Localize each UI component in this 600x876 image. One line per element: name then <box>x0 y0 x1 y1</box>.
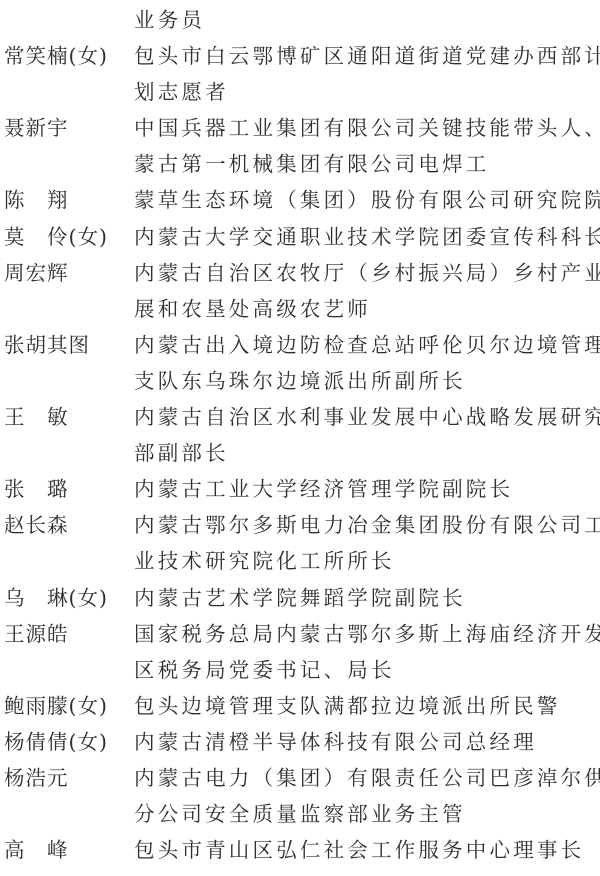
entry-row: 杨倩倩(女)内蒙古清橙半导体科技有限公司总经理 <box>0 724 600 760</box>
person-position: 中国兵器工业集团有限公司关键技能带头人、内 <box>134 110 600 146</box>
person-name: 周宏辉 <box>4 255 69 291</box>
person-name: 杨浩元 <box>4 760 69 796</box>
person-name: 赵长森 <box>4 507 69 543</box>
entry-continuation-row: 业技术研究院化工所所长 <box>0 543 600 579</box>
person-name: 王 敏 <box>4 399 69 435</box>
entry-row: 高 峰包头市青山区弘仁社会工作服务中心理事长 <box>0 832 600 868</box>
person-name: 张 璐 <box>4 471 69 507</box>
entry-row: 赵长森内蒙古鄂尔多斯电力冶金集团股份有限公司工 <box>0 507 600 543</box>
person-name: 乌 琳(女) <box>4 580 108 616</box>
entry-row: 陈 翔蒙草生态环境（集团）股份有限公司研究院院长 <box>0 182 600 218</box>
entry-continuation-row: 分公司安全质量监察部业务主管 <box>0 796 600 832</box>
person-position: 内蒙古电力（集团）有限责任公司巴彦淖尔供电 <box>134 760 600 796</box>
person-position: 包头市青山区弘仁社会工作服务中心理事长 <box>134 832 584 868</box>
entry-row: 莫 伶(女)内蒙古大学交通职业技术学院团委宣传科科长 <box>0 219 600 255</box>
person-name: 莫 伶(女) <box>4 219 108 255</box>
entry-row: 张 璐内蒙古工业大学经济管理学院副院长 <box>0 471 600 507</box>
person-name: 陈 翔 <box>4 182 69 218</box>
entry-row: 杨浩元内蒙古电力（集团）有限责任公司巴彦淖尔供电 <box>0 760 600 796</box>
entry-row: 鲍雨朦(女)包头边境管理支队满都拉边境派出所民警 <box>0 688 600 724</box>
entry-row: 张胡其图内蒙古出入境边防检查总站呼伦贝尔边境管理 <box>0 327 600 363</box>
entry-row: 聂新宇中国兵器工业集团有限公司关键技能带头人、内 <box>0 110 600 146</box>
person-name: 高 峰 <box>4 832 69 868</box>
entry-continuation-row: 部副部长 <box>0 435 600 471</box>
person-position: 部副部长 <box>134 435 229 471</box>
entry-continuation-row: 蒙古第一机械集团有限公司电焊工 <box>0 146 600 182</box>
person-position: 划志愿者 <box>134 74 229 110</box>
entry-continuation-row: 区税务局党委书记、局长 <box>0 652 600 688</box>
person-position: 内蒙古鄂尔多斯电力冶金集团股份有限公司工 <box>134 507 600 543</box>
person-name: 鲍雨朦(女) <box>4 688 108 724</box>
entry-continuation-row: 支队东乌珠尔边境派出所副所长 <box>0 363 600 399</box>
person-position: 内蒙古清橙半导体科技有限公司总经理 <box>134 724 537 760</box>
person-position: 内蒙古艺术学院舞蹈学院副院长 <box>134 580 466 616</box>
entry-row: 常笑楠(女)包头市白云鄂博矿区通阳道街道党建办西部计 <box>0 38 600 74</box>
entry-row: 乌 琳(女)内蒙古艺术学院舞蹈学院副院长 <box>0 580 600 616</box>
person-position: 蒙草生态环境（集团）股份有限公司研究院院长 <box>134 182 600 218</box>
entry-row: 王源皓国家税务总局内蒙古鄂尔多斯上海庙经济开发 <box>0 616 600 652</box>
person-name: 张胡其图 <box>4 327 90 363</box>
person-name: 杨倩倩(女) <box>4 724 108 760</box>
person-position: 蒙古第一机械集团有限公司电焊工 <box>134 146 490 182</box>
person-position: 内蒙古出入境边防检查总站呼伦贝尔边境管理 <box>134 327 600 363</box>
person-position: 内蒙古自治区农牧厅（乡村振兴局）乡村产业发 <box>134 255 600 291</box>
person-position: 包头边境管理支队满都拉边境派出所民警 <box>134 688 561 724</box>
person-position: 区税务局党委书记、局长 <box>134 652 395 688</box>
entry-row: 业务员 <box>0 2 600 38</box>
person-position: 分公司安全质量监察部业务主管 <box>134 796 466 832</box>
entry-continuation-row: 展和农垦处高级农艺师 <box>0 291 600 327</box>
person-position: 包头市白云鄂博矿区通阳道街道党建办西部计 <box>134 38 600 74</box>
person-position: 展和农垦处高级农艺师 <box>134 291 371 327</box>
entry-row: 周宏辉内蒙古自治区农牧厅（乡村振兴局）乡村产业发 <box>0 255 600 291</box>
entry-row: 王 敏内蒙古自治区水利事业发展中心战略发展研究 <box>0 399 600 435</box>
person-position: 支队东乌珠尔边境派出所副所长 <box>134 363 466 399</box>
person-name: 王源皓 <box>4 616 69 652</box>
person-position: 业技术研究院化工所所长 <box>134 543 395 579</box>
name-list-document: 业务员常笑楠(女)包头市白云鄂博矿区通阳道街道党建办西部计划志愿者聂新宇中国兵器… <box>0 2 600 868</box>
person-name: 常笑楠(女) <box>4 38 108 74</box>
person-position: 内蒙古自治区水利事业发展中心战略发展研究 <box>134 399 600 435</box>
person-name: 聂新宇 <box>4 110 69 146</box>
person-position: 业务员 <box>134 2 205 38</box>
person-position: 国家税务总局内蒙古鄂尔多斯上海庙经济开发 <box>134 616 600 652</box>
person-position: 内蒙古工业大学经济管理学院副院长 <box>134 471 513 507</box>
entry-continuation-row: 划志愿者 <box>0 74 600 110</box>
person-position: 内蒙古大学交通职业技术学院团委宣传科科长 <box>134 219 600 255</box>
